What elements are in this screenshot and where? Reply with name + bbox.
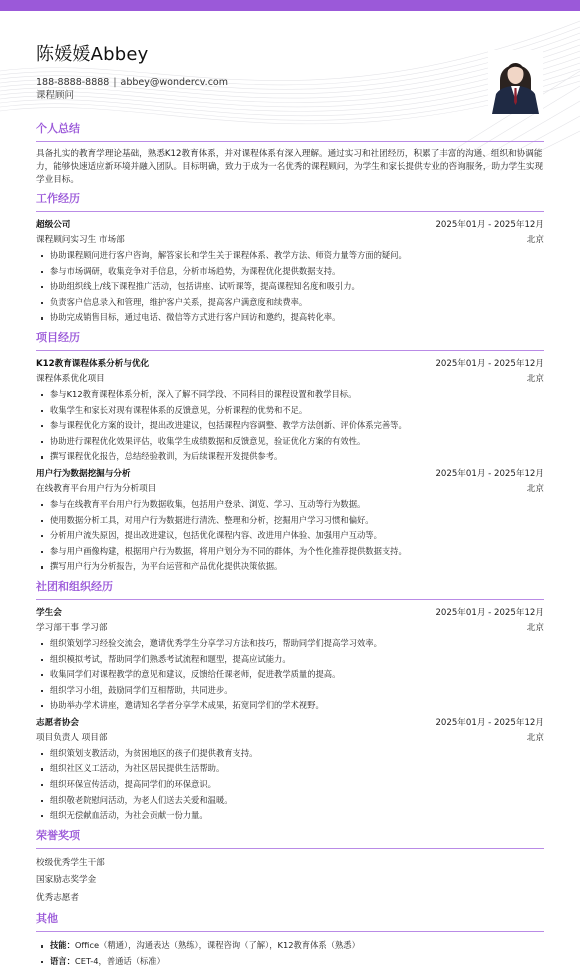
other-list: 技能：Office（精通），沟通表达（熟练），课程咨询（了解），K12教育体系（… (36, 938, 544, 969)
section-title-honors: 荣誉奖项 (36, 828, 544, 849)
languages-value: CET-4，普通话（标准） (75, 956, 165, 966)
clubs-section: 社团和组织经历 学生会2025年01月 - 2025年12月 学习部干事 学习部… (36, 579, 544, 824)
bullet-item: 协助进行课程优化效果评估，收集学生成绩数据和反馈意见，验证优化方案的有效性。 (36, 434, 544, 450)
entry-role: 项目负责人 项目部 (36, 731, 107, 746)
bullet-item: 组织敬老院慰问活动，为老人们送去关爱和温暖。 (36, 793, 544, 809)
bullet-item: 负责客户信息录入和管理，维护客户关系，提高客户满意度和续费率。 (36, 295, 544, 311)
bullet-item: 撰写用户行为分析报告，为平台运营和产品优化提供决策依据。 (36, 559, 544, 575)
bullet-item: 使用数据分析工具，对用户行为数据进行清洗、整理和分析，挖掘用户学习习惯和偏好。 (36, 513, 544, 529)
entry-city: 北京 (527, 621, 544, 636)
bullet-item: 协助组织线上/线下课程推广活动，包括讲座、试听课等，提高课程知名度和吸引力。 (36, 279, 544, 295)
profile-photo (488, 50, 543, 114)
bullet-item: 组织学习小组，鼓励同学们互相帮助，共同进步。 (36, 683, 544, 699)
entry-role: 课程顾问实习生 市场部 (36, 233, 125, 248)
resume-header: 陈媛媛Abbey 188-8888-8888|abbey@wondercv.co… (36, 40, 496, 103)
entry-city: 北京 (527, 372, 544, 387)
bullet-item: 组织策划支教活动，为贫困地区的孩子们提供教育支持。 (36, 746, 544, 762)
entry-org: 超级公司 (36, 218, 70, 233)
project-entry: K12教育课程体系分析与优化2025年01月 - 2025年12月 课程体系优化… (36, 357, 544, 465)
entry-org: 志愿者协会 (36, 716, 79, 731)
entry-role: 课程体系优化项目 (36, 372, 105, 387)
bullet-item: 分析用户流失原因，提出改进建议，包括优化课程内容、改进用户体验、加强用户互动等。 (36, 528, 544, 544)
entry-org: 学生会 (36, 606, 62, 621)
entry-date: 2025年01月 - 2025年12月 (435, 357, 544, 372)
top-accent-bar (0, 0, 580, 11)
honor-item: 校级优秀学生干部 (36, 855, 544, 873)
section-title-summary: 个人总结 (36, 121, 544, 142)
project-entry: 用户行为数据挖掘与分析2025年01月 - 2025年12月 在线教育平台用户行… (36, 467, 544, 575)
section-title-clubs: 社团和组织经历 (36, 579, 544, 600)
section-title-projects: 项目经历 (36, 330, 544, 351)
contact-line: 188-8888-8888|abbey@wondercv.com (36, 76, 496, 89)
entry-date: 2025年01月 - 2025年12月 (435, 716, 544, 731)
club-entry: 学生会2025年01月 - 2025年12月 学习部干事 学习部北京 组织策划学… (36, 606, 544, 714)
entry-bullets: 参与在线教育平台用户行为数据收集，包括用户登录、浏览、学习、互动等行为数据。 使… (36, 497, 544, 575)
honors-section: 荣誉奖项 校级优秀学生干部 国家励志奖学金 优秀志愿者 (36, 828, 544, 908)
summary-text: 具备扎实的教育学理论基础，熟悉K12教育体系，并对课程体系有深入理解。通过实习和… (36, 148, 544, 187)
bullet-item: 参与K12教育课程体系分析，深入了解不同学段、不同科目的课程设置和教学目标。 (36, 387, 544, 403)
work-section: 工作经历 超级公司2025年01月 - 2025年12月 课程顾问实习生 市场部… (36, 191, 544, 326)
entry-org: K12教育课程体系分析与优化 (36, 357, 149, 372)
other-section: 其他 技能：Office（精通），沟通表达（熟练），课程咨询（了解），K12教育… (36, 911, 544, 969)
bullet-item: 收集学生和家长对现有课程体系的反馈意见，分析课程的优势和不足。 (36, 403, 544, 419)
bullet-item: 组织策划学习经验交流会，邀请优秀学生分享学习方法和技巧，帮助同学们提高学习效率。 (36, 636, 544, 652)
bullet-item: 协助举办学术讲座，邀请知名学者分享学术成果，拓宽同学们的学术视野。 (36, 698, 544, 714)
contact-separator: | (113, 77, 116, 88)
entry-role: 在线教育平台用户行为分析项目 (36, 482, 156, 497)
entry-date: 2025年01月 - 2025年12月 (435, 467, 544, 482)
bullet-item: 组织社区义工活动，为社区居民提供生活帮助。 (36, 761, 544, 777)
entry-bullets: 协助课程顾问进行客户咨询，解答家长和学生关于课程体系、教学方法、师资力量等方面的… (36, 248, 544, 326)
club-entry: 志愿者协会2025年01月 - 2025年12月 项目负责人 项目部北京 组织策… (36, 716, 544, 824)
entry-city: 北京 (527, 233, 544, 248)
skills-item: 技能：Office（精通），沟通表达（熟练），课程咨询（了解），K12教育体系（… (36, 938, 544, 954)
entry-date: 2025年01月 - 2025年12月 (435, 218, 544, 233)
honor-item: 国家励志奖学金 (36, 872, 544, 890)
projects-section: 项目经历 K12教育课程体系分析与优化2025年01月 - 2025年12月 课… (36, 330, 544, 575)
entry-date: 2025年01月 - 2025年12月 (435, 606, 544, 621)
entry-city: 北京 (527, 482, 544, 497)
skills-label: 技能： (50, 940, 75, 950)
section-title-work: 工作经历 (36, 191, 544, 212)
bullet-item: 协助完成销售目标，通过电话、微信等方式进行客户回访和邀约，提高转化率。 (36, 310, 544, 326)
bullet-item: 参与市场调研，收集竞争对手信息，分析市场趋势，为课程优化提供数据支持。 (36, 264, 544, 280)
job-title: 课程顾问 (36, 89, 496, 103)
email-address: abbey@wondercv.com (121, 77, 228, 88)
skills-value: Office（精通），沟通表达（熟练），课程咨询（了解），K12教育体系（熟悉） (75, 940, 360, 950)
resume-body: 个人总结 具备扎实的教育学理论基础，熟悉K12教育体系，并对课程体系有深入理解。… (36, 121, 544, 974)
section-title-other: 其他 (36, 911, 544, 932)
entry-bullets: 组织策划支教活动，为贫困地区的孩子们提供教育支持。 组织社区义工活动，为社区居民… (36, 746, 544, 824)
languages-label: 语言： (50, 956, 75, 966)
entry-bullets: 参与K12教育课程体系分析，深入了解不同学段、不同科目的课程设置和教学目标。 收… (36, 387, 544, 465)
entry-role: 学习部干事 学习部 (36, 621, 107, 636)
bullet-item: 参与在线教育平台用户行为数据收集，包括用户登录、浏览、学习、互动等行为数据。 (36, 497, 544, 513)
bullet-item: 参与课程优化方案的设计，提出改进建议，包括课程内容调整、教学方法创新、评价体系完… (36, 418, 544, 434)
languages-item: 语言：CET-4，普通话（标准） (36, 954, 544, 970)
bullet-item: 参与用户画像构建，根据用户行为数据，将用户划分为不同的群体，为个性化推荐提供数据… (36, 544, 544, 560)
bullet-item: 组织环保宣传活动，提高同学们的环保意识。 (36, 777, 544, 793)
candidate-name: 陈媛媛Abbey (36, 40, 496, 66)
summary-section: 个人总结 具备扎实的教育学理论基础，熟悉K12教育体系，并对课程体系有深入理解。… (36, 121, 544, 187)
bullet-item: 组织模拟考试，帮助同学们熟悉考试流程和题型，提高应试能力。 (36, 652, 544, 668)
phone-number: 188-8888-8888 (36, 77, 109, 88)
entry-org: 用户行为数据挖掘与分析 (36, 467, 131, 482)
entry-city: 北京 (527, 731, 544, 746)
honor-item: 优秀志愿者 (36, 890, 544, 908)
bullet-item: 组织无偿献血活动，为社会贡献一份力量。 (36, 808, 544, 824)
bullet-item: 收集同学们对课程教学的意见和建议，反馈给任课老师，促进教学质量的提高。 (36, 667, 544, 683)
work-entry: 超级公司2025年01月 - 2025年12月 课程顾问实习生 市场部北京 协助… (36, 218, 544, 326)
entry-bullets: 组织策划学习经验交流会，邀请优秀学生分享学习方法和技巧，帮助同学们提高学习效率。… (36, 636, 544, 714)
bullet-item: 协助课程顾问进行客户咨询，解答家长和学生关于课程体系、教学方法、师资力量等方面的… (36, 248, 544, 264)
bullet-item: 撰写课程优化报告，总结经验教训，为后续课程开发提供参考。 (36, 449, 544, 465)
